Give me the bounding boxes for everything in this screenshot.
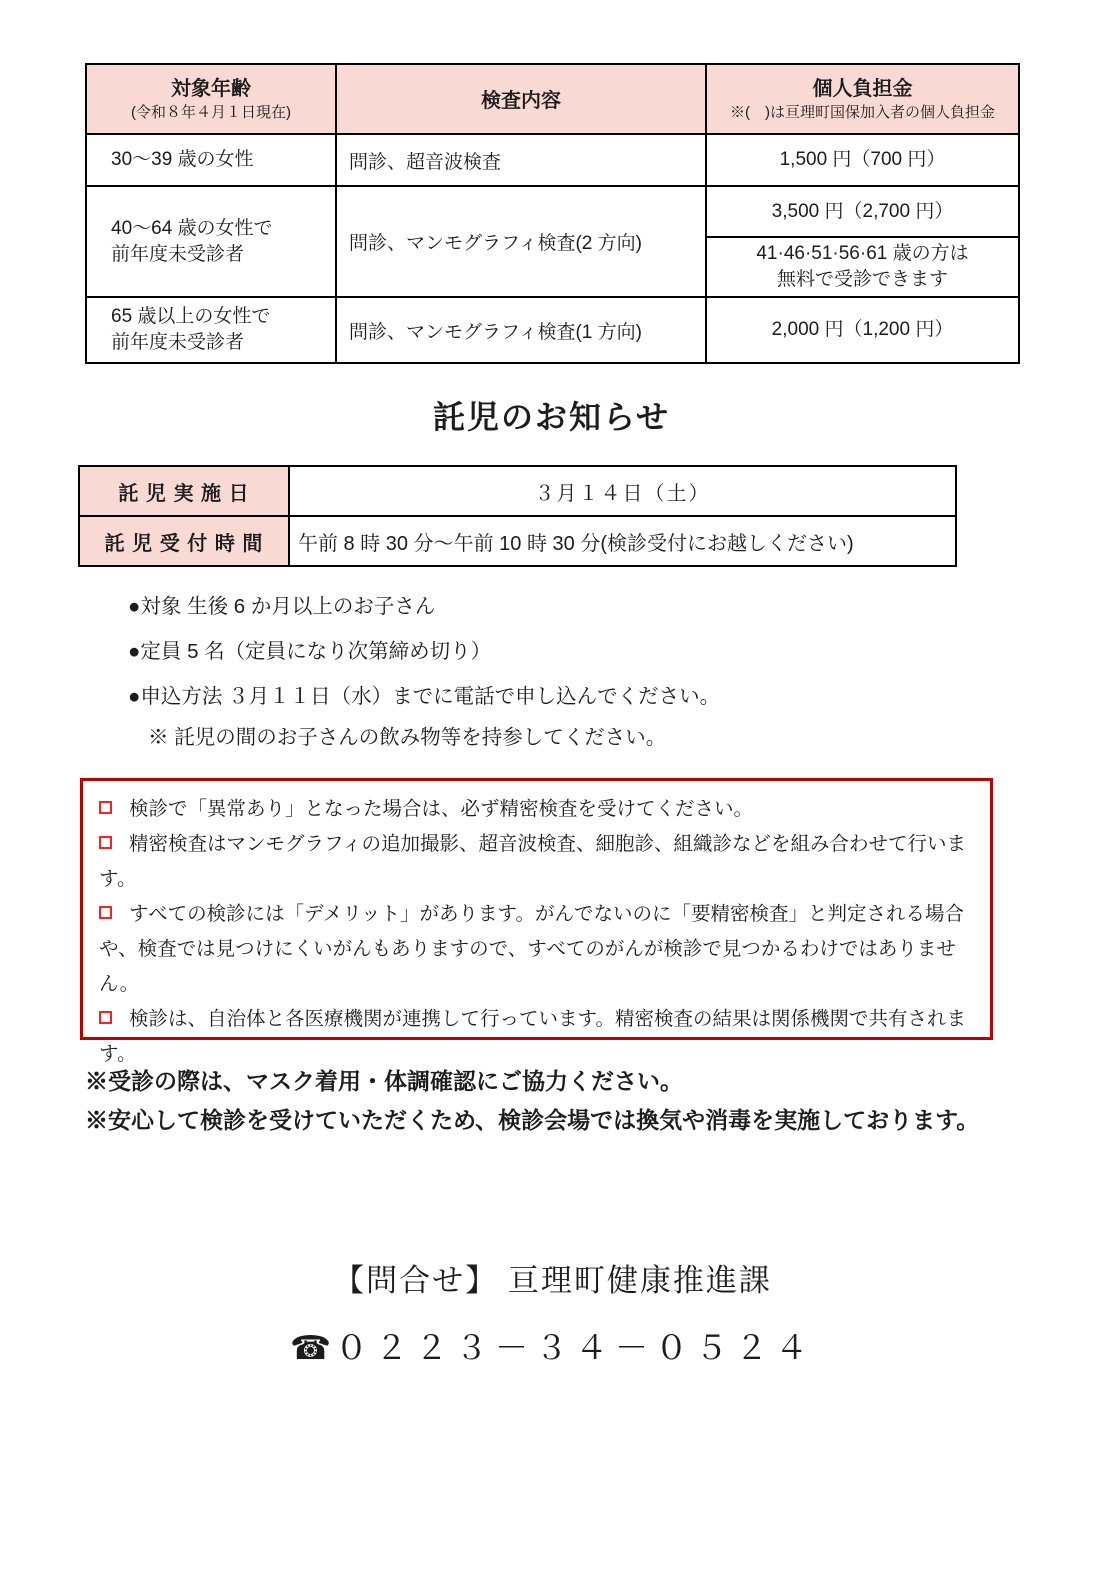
childcare-section-title: 託児のお知らせ (85, 392, 1018, 438)
notice-text: 検診は、自治体と各医療機関が連携して行っています。精密検査の結果は関係機関で共有… (99, 1008, 966, 1065)
notice-item: 精密検査はマンモグラフィの追加撮影、超音波検査、細胞診、組織診などを組み合わせて… (99, 827, 974, 897)
notice-text: すべての検診には「デメリット」があります。がんでないのに「要精密検査」と判定され… (99, 903, 964, 995)
fee-cell-free-note: 41·46·51·56·61 歳の方は 無料で受診できます (706, 237, 1019, 297)
header-age-subtitle: (令和８年４月１日現在) (93, 102, 329, 126)
age-line1: 40～64 歳の女性で (111, 218, 273, 239)
notice-text: 検診で「異常あり」となった場合は、必ず精密検査を受けてください。 (129, 798, 753, 820)
fee-table-header-age: 対象年齢 (令和８年４月１日現在) (86, 64, 336, 134)
bullet-target: ●対象 生後 6 か月以上のお子さん (128, 584, 988, 629)
childcare-time-row: 託 児 受 付 時 間 午前 8 時 30 分～午前 10 時 30 分(検診受… (79, 516, 956, 566)
childcare-bullet-list: ●対象 生後 6 か月以上のお子さん ●定員 5 名（定員になり次第締め切り） … (128, 584, 988, 757)
fee-cell: 2,000 円（1,200 円） (706, 297, 1019, 363)
fee-free-line1: 41·46·51·56·61 歳の方は (756, 243, 968, 264)
phone-icon: ☎ (290, 1331, 331, 1367)
fee-free-line2: 無料で受診できます (777, 269, 948, 290)
age-line1: 65 歳以上の女性で (111, 306, 270, 327)
header-exam-title: 検査内容 (343, 84, 699, 114)
contact-block: 【問合せ】 亘理町健康推進課 ☎０２２３－３４－０５２４ (0, 1255, 1105, 1369)
checkbox-icon (99, 906, 112, 919)
bullet-subnote: ※ 託児の間のお子さんの飲み物等を持参してください。 (128, 719, 988, 757)
bullet-apply: ●申込方法 ３月１１日（水）までに電話で申し込んでください。 (128, 674, 988, 719)
age-cell: 40～64 歳の女性で 前年度未受診者 (86, 186, 336, 297)
screening-fee-table: 対象年齢 (令和８年４月１日現在) 検査内容 個人負担金 ※( )は亘理町国保加… (85, 63, 1020, 364)
childcare-table: 託 児 実 施 日 ３月１４日（土） 託 児 受 付 時 間 午前 8 時 30… (78, 465, 957, 567)
header-fee-title: 個人負担金 (713, 72, 1012, 102)
exam-cell: 問診、超音波検査 (336, 134, 706, 186)
childcare-date-value: ３月１４日（土） (289, 466, 956, 516)
footnote-ventilation: ※安心して検診を受けていただくため、検診会場では換気や消毒を実施しております。 (85, 1101, 990, 1140)
document-page: 対象年齢 (令和８年４月１日現在) 検査内容 個人負担金 ※( )は亘理町国保加… (0, 0, 1105, 1586)
fee-table-header-row: 対象年齢 (令和８年４月１日現在) 検査内容 個人負担金 ※( )は亘理町国保加… (86, 64, 1019, 134)
age-cell: 65 歳以上の女性で 前年度未受診者 (86, 297, 336, 363)
phone-number: ０２２３－３４－０５２４ (335, 1331, 815, 1367)
fee-table-row-40-64: 40～64 歳の女性で 前年度未受診者 問診、マンモグラフィ検査(2 方向) 3… (86, 186, 1019, 237)
footnote-list: ※受診の際は、マスク着用・体調確認にご協力ください。 ※安心して検診を受けていた… (85, 1062, 990, 1140)
exam-cell: 問診、マンモグラフィ検査(1 方向) (336, 297, 706, 363)
header-fee-subtitle: ※( )は亘理町国保加入者の個人負担金 (713, 102, 1012, 126)
fee-table-header-fee: 個人負担金 ※( )は亘理町国保加入者の個人負担金 (706, 64, 1019, 134)
exam-cell: 問診、マンモグラフィ検査(2 方向) (336, 186, 706, 297)
contact-department: 【問合せ】 亘理町健康推進課 (0, 1255, 1105, 1300)
notice-item: 検診で「異常あり」となった場合は、必ず精密検査を受けてください。 (99, 792, 974, 827)
fee-cell-top: 3,500 円（2,700 円） (706, 186, 1019, 237)
childcare-date-row: 託 児 実 施 日 ３月１４日（土） (79, 466, 956, 516)
header-age-title: 対象年齢 (93, 72, 329, 102)
contact-phone: ☎０２２３－３４－０５２４ (0, 1322, 1105, 1369)
screening-notice-box: 検診で「異常あり」となった場合は、必ず精密検査を受けてください。 精密検査はマン… (80, 778, 993, 1040)
checkbox-icon (99, 1011, 112, 1024)
fee-table-row-30s: 30～39 歳の女性 問診、超音波検査 1,500 円（700 円） (86, 134, 1019, 186)
age-line2: 前年度未受診者 (111, 244, 244, 265)
fee-table-header-exam: 検査内容 (336, 64, 706, 134)
checkbox-icon (99, 836, 112, 849)
childcare-time-label: 託 児 受 付 時 間 (79, 516, 289, 566)
age-cell: 30～39 歳の女性 (86, 134, 336, 186)
fee-table-row-65plus: 65 歳以上の女性で 前年度未受診者 問診、マンモグラフィ検査(1 方向) 2,… (86, 297, 1019, 363)
footnote-mask: ※受診の際は、マスク着用・体調確認にご協力ください。 (85, 1062, 990, 1101)
notice-text: 精密検査はマンモグラフィの追加撮影、超音波検査、細胞診、組織診などを組み合わせて… (99, 833, 966, 890)
notice-item: すべての検診には「デメリット」があります。がんでないのに「要精密検査」と判定され… (99, 897, 974, 1002)
age-line2: 前年度未受診者 (111, 332, 244, 353)
childcare-date-label: 託 児 実 施 日 (79, 466, 289, 516)
fee-cell: 1,500 円（700 円） (706, 134, 1019, 186)
checkbox-icon (99, 801, 112, 814)
bullet-capacity: ●定員 5 名（定員になり次第締め切り） (128, 629, 988, 674)
childcare-time-value: 午前 8 時 30 分～午前 10 時 30 分(検診受付にお越しください) (289, 516, 956, 566)
